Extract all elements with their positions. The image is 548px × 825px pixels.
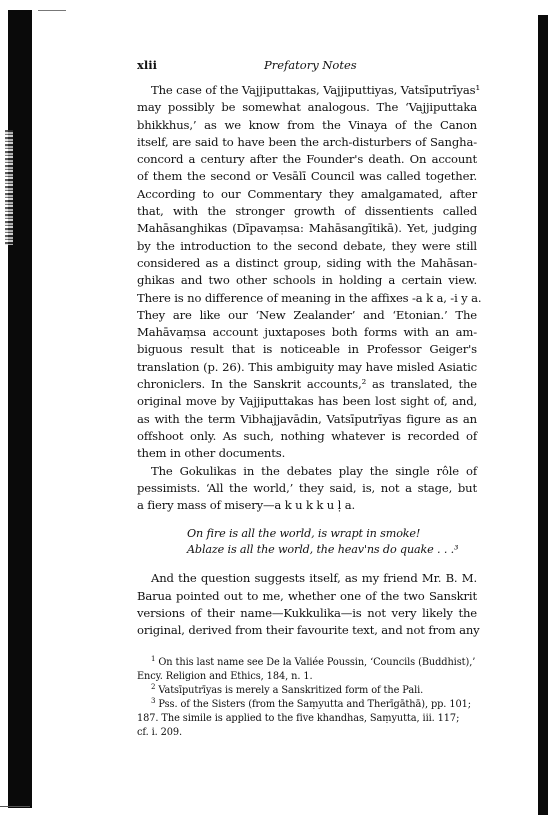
scan-border-foot — [0, 806, 30, 807]
text-line: translation (p. 26). This ambiguity may … — [137, 359, 477, 376]
text-line: them in other documents. — [137, 445, 477, 462]
running-title: Prefatory Notes — [264, 58, 357, 72]
text-line: Barua pointed out to me, whether one of … — [137, 588, 477, 605]
text-line: offshoot only. As such, nothing whatever… — [137, 428, 477, 445]
footnote-3: 3 Pss. of the Sisters (from the Saṃyutta… — [137, 698, 477, 740]
text-line: The Gokulikas in the debates play the si… — [137, 463, 477, 480]
text-line: They are like our ‘New Zealander’ and ‘E… — [137, 307, 477, 324]
footnote-text: Vatsīputrīyas is merely a Sanskritized f… — [158, 685, 423, 696]
footnotes: 1 On this last name see De la Valiée Pou… — [137, 656, 477, 740]
verse-quotation: On fire is all the world, is wrapt in sm… — [187, 526, 477, 558]
text-line: versions of their name—Kukkulika—is not … — [137, 605, 477, 622]
footnote-line: 2 Vatsīputrīyas is merely a Sanskritized… — [137, 684, 477, 698]
footnote-line: cf. i. 209. — [137, 726, 477, 740]
paragraph-gokulikas: The Gokulikas in the debates play the si… — [137, 463, 477, 515]
text-line: pessimists. ‘All the world,’ they said, … — [137, 480, 477, 497]
verse-line: On fire is all the world, is wrapt in sm… — [187, 526, 477, 542]
page-number: xlii — [137, 58, 157, 72]
footnote-line: 187. The simile is applied to the five k… — [137, 712, 477, 726]
text-line: by the introduction to the second debate… — [137, 238, 477, 255]
text-line: considered as a distinct group, siding w… — [137, 255, 477, 272]
text-line: Mahāvaṃsa account juxtaposes both forms … — [137, 324, 477, 341]
verse-line: Ablaze is all the world, the heav'ns do … — [187, 542, 477, 558]
footnote-text: Pss. of the Sisters (from the Saṃyutta a… — [158, 699, 471, 710]
footnote-text: On this last name see De la Valiée Pouss… — [158, 657, 475, 668]
text-line: a fiery mass of misery—a k u k k u ḷ a. — [137, 497, 477, 514]
scan-top-mark — [38, 10, 66, 11]
footnote-marker: 3 — [151, 697, 155, 705]
text-line: that, with the stronger growth of dissen… — [137, 203, 477, 220]
text-line: And the question suggests itself, as my … — [137, 570, 477, 587]
text-line: as with the term Vibhajjavādin, Vatsīput… — [137, 411, 477, 428]
body-text: The case of the Vajjiputtakas, Vajjiputt… — [137, 82, 477, 640]
text-line: ghikas and two other schools in holding … — [137, 272, 477, 289]
text-line: itself, are said to have been the arch-d… — [137, 134, 477, 151]
footnote-line: 1 On this last name see De la Valiée Pou… — [137, 656, 477, 670]
text-line: original move by Vajjiputtakas has been … — [137, 393, 477, 410]
footnote-line: Ency. Religion and Ethics, 184, n. 1. — [137, 670, 477, 684]
text-line: There is no difference of meaning in the… — [137, 290, 477, 307]
footnote-line: 3 Pss. of the Sisters (from the Saṃyutta… — [137, 698, 477, 712]
footnote-marker: 1 — [151, 655, 155, 663]
footnote-2: 2 Vatsīputrīyas is merely a Sanskritized… — [137, 684, 477, 698]
text-line: The case of the Vajjiputtakas, Vajjiputt… — [137, 82, 477, 99]
scan-noise-left — [5, 130, 13, 245]
text-line: bhikkhus,’ as we know from the Vinaya of… — [137, 117, 477, 134]
scan-border-right — [538, 15, 548, 815]
text-line: original, derived from their favourite t… — [137, 622, 477, 639]
text-line: of them the second or Vesālī Council was… — [137, 168, 477, 185]
footnote-1: 1 On this last name see De la Valiée Pou… — [137, 656, 477, 684]
text-line: chroniclers. In the Sanskrit accounts,² … — [137, 376, 477, 393]
book-page: xlii Prefatory Notes The case of the Vaj… — [137, 58, 477, 740]
text-line: biguous result that is noticeable in Pro… — [137, 341, 477, 358]
text-line: Mahāsanghikas (Dīpavaṃsa: Mahāsangītikā)… — [137, 220, 477, 237]
footnote-marker: 2 — [151, 683, 155, 691]
running-head: xlii Prefatory Notes — [137, 58, 477, 76]
paragraph-vajjiputtakas: The case of the Vajjiputtakas, Vajjiputt… — [137, 82, 477, 463]
text-line: concord a century after the Founder's de… — [137, 151, 477, 168]
text-line: may possibly be somewhat analogous. The … — [137, 99, 477, 116]
paragraph-question: And the question suggests itself, as my … — [137, 570, 477, 639]
text-line: According to our Commentary they amalgam… — [137, 186, 477, 203]
